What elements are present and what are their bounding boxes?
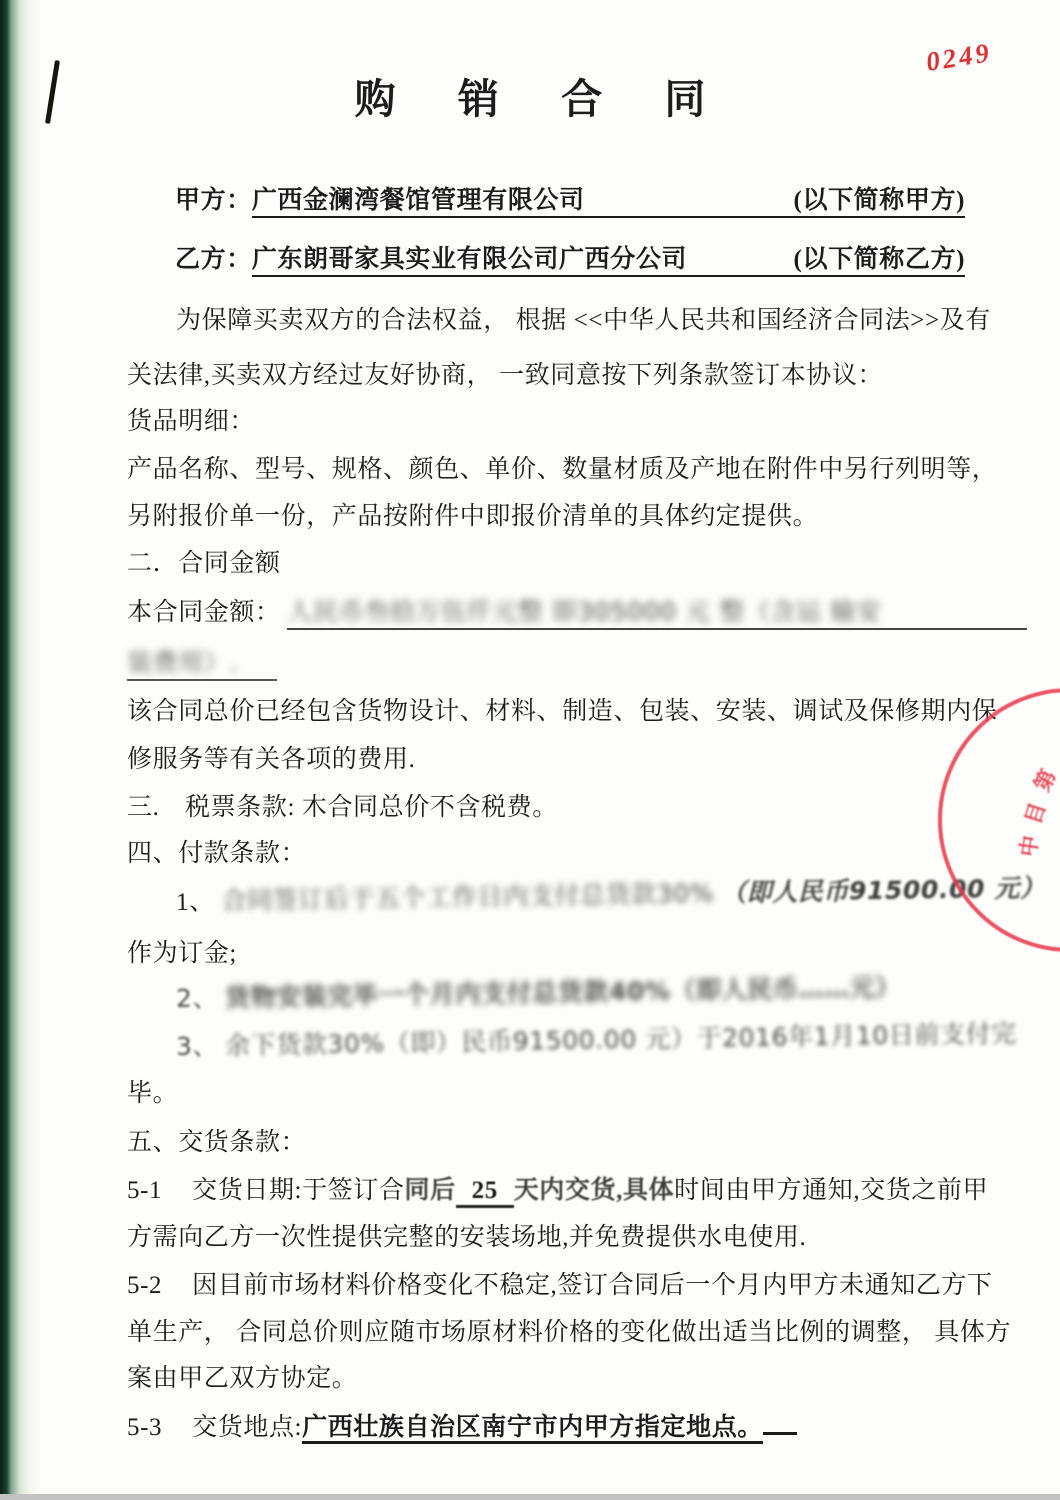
clause-5-3: 5-3交货地点:广西壮族自治区南宁市内甲方指定地点。 <box>127 1407 797 1443</box>
scan-bottom-edge <box>0 1494 1060 1500</box>
scanned-contract-page: 0249 购 销 合 同 甲方： 广西金澜湾餐馆管理有限公司 (以下简称甲方) … <box>0 0 1060 1500</box>
payment-item-3: 3、 余下货款30%（即）民币91500.00 元）于2016年1月10日前支付… <box>176 1014 1017 1063</box>
party-b-name: 广东朗哥家具实业有限公司广西分公司 <box>252 239 794 277</box>
party-b-alias: (以下简称乙方) <box>794 239 965 277</box>
delivery-place-value: 广西壮族自治区南宁市内甲方指定地点。 <box>302 1414 763 1444</box>
clause-5-1-pre: 交货日期:于签订合 <box>192 1177 404 1204</box>
payment-item-2-illegible: 货物安装完毕一个月内支付总货款40%（即人民币……元） <box>225 973 901 1013</box>
payment-item-1-number: 1、 <box>176 888 215 916</box>
party-a-row: 甲方： 广西金澜湾餐馆管理有限公司 (以下简称甲方) <box>175 180 965 218</box>
contract-amount-row-2: 装费用）. <box>127 643 277 681</box>
party-a-name: 广西金澜湾餐馆管理有限公司 <box>252 180 794 218</box>
amount-note-line-2: 修服务等有关各项的费用. <box>127 739 415 775</box>
section2-heading: 二．合同金额 <box>127 543 281 579</box>
goods-heading: 货品明细： <box>127 401 255 437</box>
party-a-alias: (以下简称甲方) <box>794 180 965 218</box>
delivery-days-handwritten: 25 <box>456 1177 514 1208</box>
section4-heading: 四、付款条款： <box>127 833 306 869</box>
clause-5-1-line-2: 方需向乙方一次性提供完整的安装场地,并免费提供水电使用. <box>127 1217 806 1253</box>
contract-amount-row: 本合同金额： 人民币叁拾万伍仟元整 即305000 元 整（含运 输安 <box>127 592 1027 630</box>
clause-5-2-number: 5-2 <box>127 1272 162 1299</box>
section3-tax-clause: 三. 税票条款: 木合同总价不含税费。 <box>127 787 558 823</box>
payment-item-3-number: 3、 <box>176 1031 219 1061</box>
clause-5-2-line-3: 案由甲乙双方协定。 <box>127 1358 357 1394</box>
contract-amount-label: 本合同金额： <box>127 599 281 626</box>
clause-5-1-post: 时间由甲方通知,交货之前甲 <box>674 1177 988 1204</box>
scan-left-edge <box>0 0 42 1500</box>
clause-5-1-line-1: 5-1交货日期:于签订合同后25天内交货,具体时间由甲方通知,交货之前甲 <box>127 1170 988 1208</box>
payment-item-1-illegible: 合同签订后于五个工作日内支付总货款30% <box>221 879 714 916</box>
preamble-line-2: 关法律,买卖双方经过友好协商， 一致同意按下列条款签订本协议： <box>127 355 883 391</box>
party-a-label: 甲方： <box>175 180 252 218</box>
clause-5-3-number: 5-3 <box>127 1414 162 1441</box>
payment-item-3-continuation: 毕。 <box>127 1073 178 1109</box>
party-b-row: 乙方： 广东朗哥家具实业有限公司广西分公司 (以下简称乙方) <box>175 239 965 277</box>
payment-item-1-continuation: 作为订金; <box>127 933 237 969</box>
goods-line-2: 另附报价单一份，产品按附件中即报价清单的具体约定提供。 <box>127 496 818 532</box>
contract-amount-handwritten-2: 装费用）. <box>127 648 238 677</box>
payment-item-3-illegible: 余下货款30%（即）民币91500.00 元）于2016年1月10日前支付完 <box>225 1019 1017 1060</box>
clause-5-1-smudge-1: 同后 <box>405 1177 456 1204</box>
clause-5-2-text-1: 因目前市场材料价格变化不稳定,签订合同后一个月内甲方未通知乙方下 <box>192 1272 992 1299</box>
clause-5-2-line-2: 单生产， 合同总价则应随市场原材料价格的变化做出适当比例的调整， 具体方 <box>127 1312 1011 1348</box>
party-b-label: 乙方： <box>175 239 252 277</box>
payment-item-2: 2、 货物安装完毕一个月内支付总货款40%（即人民币……元） <box>176 968 901 1015</box>
payment-item-1: 1、 合同签订后于五个工作日内支付总货款30% （即人民币91500.00 元） <box>176 868 1046 918</box>
preamble-line-1: 为保障买卖双方的合法权益， 根据 <<中华人民共和国经济合同法>>及有 <box>176 300 991 336</box>
delivery-place-label: 交货地点: <box>192 1414 302 1441</box>
goods-line-1: 产品名称、型号、规格、颜色、单价、数量材质及产地在附件中另行列明等， <box>127 449 997 485</box>
payment-item-2-number: 2、 <box>176 983 219 1013</box>
section5-heading: 五、交货条款： <box>127 1122 306 1158</box>
contract-amount-handwritten: 人民币叁拾万伍仟元整 即305000 元 整（含运 输安 <box>287 597 881 626</box>
clause-5-2-line-1: 5-2因目前市场材料价格变化不稳定,签订合同后一个月内甲方未通知乙方下 <box>127 1265 993 1301</box>
clause-5-1-smudge-2: 天内交货,具体 <box>514 1177 674 1204</box>
red-seal-char-3: 中 <box>1012 834 1045 859</box>
amount-note-line-1: 该合同总价已经包含货物设计、材料、制造、包装、安装、调试及保修期内保 <box>127 691 997 727</box>
contract-title: 购 销 合 同 <box>0 66 1060 125</box>
clause-5-1-number: 5-1 <box>127 1177 162 1204</box>
